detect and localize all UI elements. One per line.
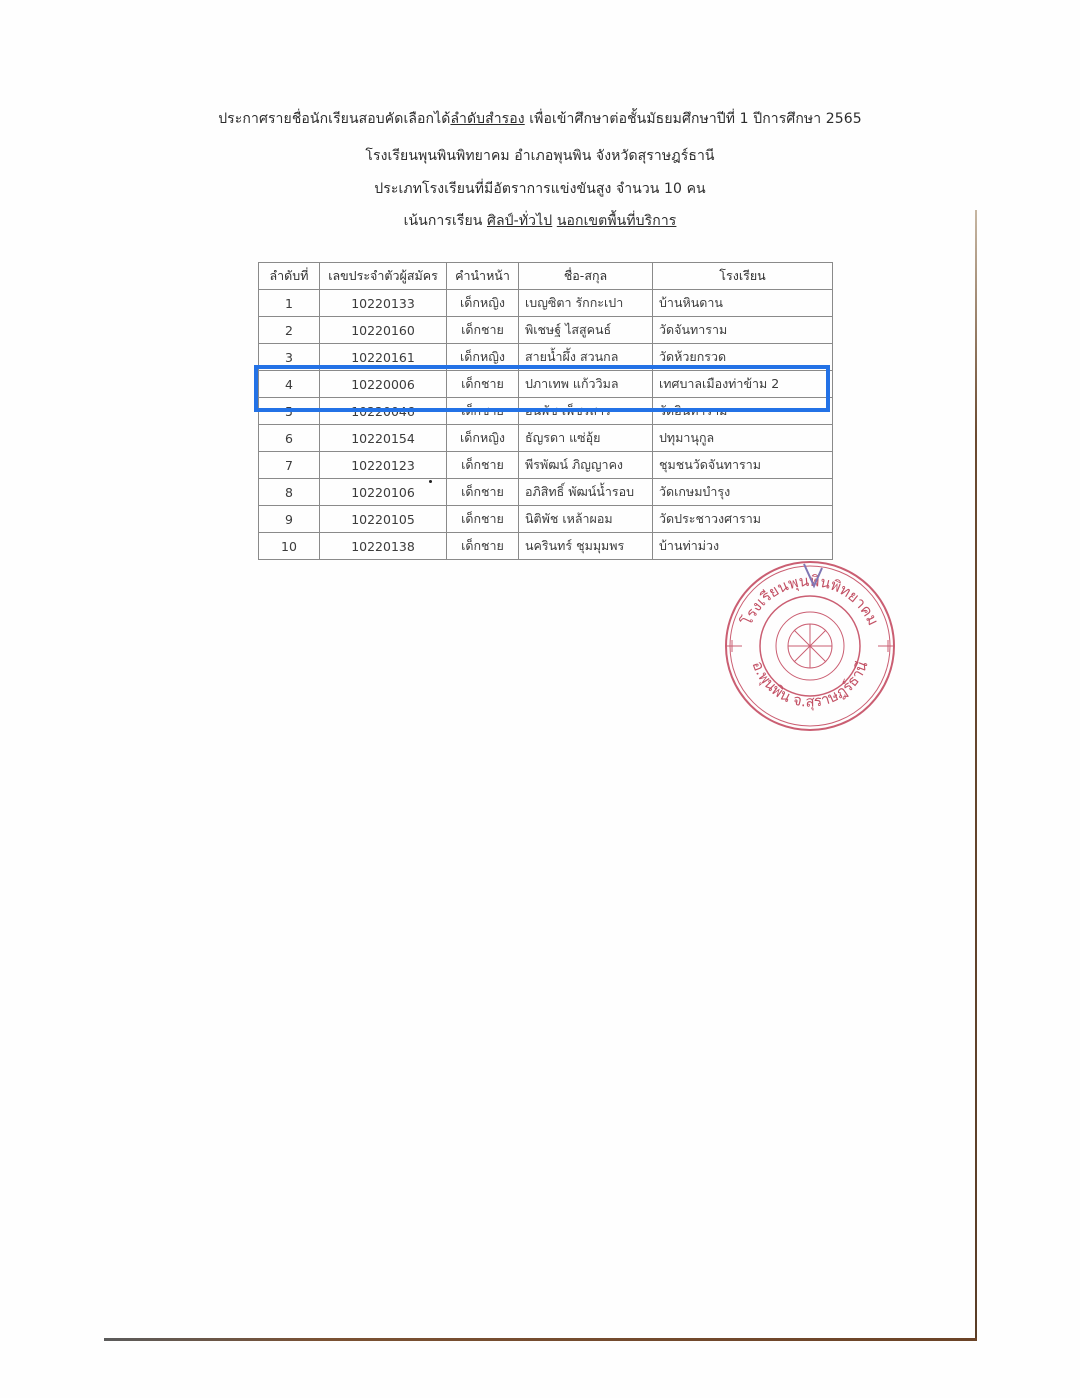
document-page: ประกาศรายชื่อนักเรียนสอบคัดเลือกได้ลำดับ… — [0, 0, 1080, 1398]
table-row: 210220160เด็กชายพิเชษฐ์ ไสสูคนธ์วัดจันทา… — [259, 317, 833, 344]
table-row: 510220046เด็กชายอนพัช เพ็ชรสารวัดอินทารา… — [259, 398, 833, 425]
program-area: นอกเขตพื้นที่บริการ — [557, 213, 677, 229]
cell-title: เด็กชาย — [447, 479, 519, 506]
cell-name: พิเชษฐ์ ไสสูคนธ์ — [519, 317, 653, 344]
cell-applicant-id: 10220133 — [320, 290, 447, 317]
table-row: 810220106เด็กชายอภิสิทธิ์ พัฒน์น้ำรอบวัด… — [259, 479, 833, 506]
cell-school: บ้านท่าม่วง — [653, 533, 833, 560]
cell-name: นิติพัช เหล้าผอม — [519, 506, 653, 533]
cell-school: บ้านหินดาน — [653, 290, 833, 317]
header-order: ลำดับที่ — [259, 263, 320, 290]
title-suffix: เพื่อเข้าศึกษาต่อชั้นมัธยมศึกษาปีที่ 1 ป… — [525, 111, 862, 127]
cell-title: เด็กชาย — [447, 452, 519, 479]
program-prefix: เน้นการเรียน — [404, 213, 487, 229]
program-line: เน้นการเรียน ศิลป์-ทั่วไป นอกเขตพื้นที่บ… — [0, 210, 1080, 232]
speck — [429, 480, 432, 483]
table-row: 410220006เด็กชายปภาเทพ แก้ววิมลเทศบาลเมื… — [259, 371, 833, 398]
cell-title: เด็กชาย — [447, 371, 519, 398]
header-applicant-id: เลขประจำตัวผู้สมัคร — [320, 263, 447, 290]
cell-name: อภิสิทธิ์ พัฒน์น้ำรอบ — [519, 479, 653, 506]
cell-order: 2 — [259, 317, 320, 344]
cell-school: เทศบาลเมืองท่าข้าม 2 — [653, 371, 833, 398]
cell-school: ชุมชนวัดจันทาราม — [653, 452, 833, 479]
cell-order: 6 — [259, 425, 320, 452]
table-header-row: ลำดับที่ เลขประจำตัวผู้สมัคร คำนำหน้า ชื… — [259, 263, 833, 290]
header-school: โรงเรียน — [653, 263, 833, 290]
cell-name: นครินทร์ ชุมมุมพร — [519, 533, 653, 560]
cell-name: ธัญรดา แซ่อุ้ย — [519, 425, 653, 452]
cell-order: 4 — [259, 371, 320, 398]
cell-name: ปภาเทพ แก้ววิมล — [519, 371, 653, 398]
cell-order: 5 — [259, 398, 320, 425]
header-title: คำนำหน้า — [447, 263, 519, 290]
cell-order: 10 — [259, 533, 320, 560]
cell-order: 3 — [259, 344, 320, 371]
school-seal-stamp-icon: โรงเรียนพุนพินพิทยาคม อ.พุนพิน จ.สุราษฎร… — [722, 558, 898, 734]
title-underlined: ลำดับสำรอง — [450, 111, 524, 127]
cell-order: 9 — [259, 506, 320, 533]
cell-school: วัดห้วยกรวด — [653, 344, 833, 371]
cell-order: 8 — [259, 479, 320, 506]
cell-title: เด็กชาย — [447, 506, 519, 533]
cell-title: เด็กหญิง — [447, 290, 519, 317]
cell-title: เด็กหญิง — [447, 425, 519, 452]
cell-title: เด็กชาย — [447, 533, 519, 560]
svg-text:โรงเรียนพุนพินพิทยาคม: โรงเรียนพุนพินพิทยาคม — [738, 572, 883, 628]
cell-school: วัดอินทาราม — [653, 398, 833, 425]
table-row: 910220105เด็กชายนิติพัช เหล้าผอมวัดประชา… — [259, 506, 833, 533]
header-name: ชื่อ-สกุล — [519, 263, 653, 290]
table-row: 1010220138เด็กชายนครินทร์ ชุมมุมพรบ้านท่… — [259, 533, 833, 560]
table-row: 310220161เด็กหญิงสายน้ำผึ้ง สวนกลวัดห้วย… — [259, 344, 833, 371]
cell-school: วัดเกษมบำรุง — [653, 479, 833, 506]
paper-edge-bottom — [104, 1338, 977, 1341]
school-name-line: โรงเรียนพุนพินพิทยาคม อำเภอพุนพิน จังหวั… — [0, 145, 1080, 167]
cell-applicant-id: 10220160 — [320, 317, 447, 344]
cell-name: เบญซิตา รักกะเปา — [519, 290, 653, 317]
cell-name: สายน้ำผึ้ง สวนกล — [519, 344, 653, 371]
cell-name: พีรพัฒน์ ภิญญาคง — [519, 452, 653, 479]
cell-applicant-id: 10220105 — [320, 506, 447, 533]
table-row: 610220154เด็กหญิงธัญรดา แซ่อุ้ยปทุมานุกู… — [259, 425, 833, 452]
cell-title: เด็กชาย — [447, 398, 519, 425]
cell-applicant-id: 10220161 — [320, 344, 447, 371]
cell-applicant-id: 10220138 — [320, 533, 447, 560]
announcement-title: ประกาศรายชื่อนักเรียนสอบคัดเลือกได้ลำดับ… — [0, 108, 1080, 130]
reserve-student-table: ลำดับที่ เลขประจำตัวผู้สมัคร คำนำหน้า ชื… — [258, 262, 833, 560]
cell-order: 1 — [259, 290, 320, 317]
school-type-line: ประเภทโรงเรียนที่มีอัตราการแข่งขันสูง จำ… — [0, 178, 1080, 200]
cell-name: อนพัช เพ็ชรสาร — [519, 398, 653, 425]
cell-school: ปทุมานุกูล — [653, 425, 833, 452]
cell-applicant-id: 10220123 — [320, 452, 447, 479]
cell-applicant-id: 10220154 — [320, 425, 447, 452]
cell-applicant-id: 10220046 — [320, 398, 447, 425]
table-row: 110220133เด็กหญิงเบญซิตา รักกะเปาบ้านหิน… — [259, 290, 833, 317]
cell-title: เด็กชาย — [447, 317, 519, 344]
title-prefix: ประกาศรายชื่อนักเรียนสอบคัดเลือกได้ — [218, 111, 450, 127]
cell-title: เด็กหญิง — [447, 344, 519, 371]
program-track: ศิลป์-ทั่วไป — [487, 213, 552, 229]
table-row: 710220123เด็กชายพีรพัฒน์ ภิญญาคงชุมชนวัด… — [259, 452, 833, 479]
cell-applicant-id: 10220106 — [320, 479, 447, 506]
cell-school: วัดจันทาราม — [653, 317, 833, 344]
cell-applicant-id: 10220006 — [320, 371, 447, 398]
cell-school: วัดประชาวงศาราม — [653, 506, 833, 533]
paper-edge-right — [975, 210, 977, 1340]
cell-order: 7 — [259, 452, 320, 479]
